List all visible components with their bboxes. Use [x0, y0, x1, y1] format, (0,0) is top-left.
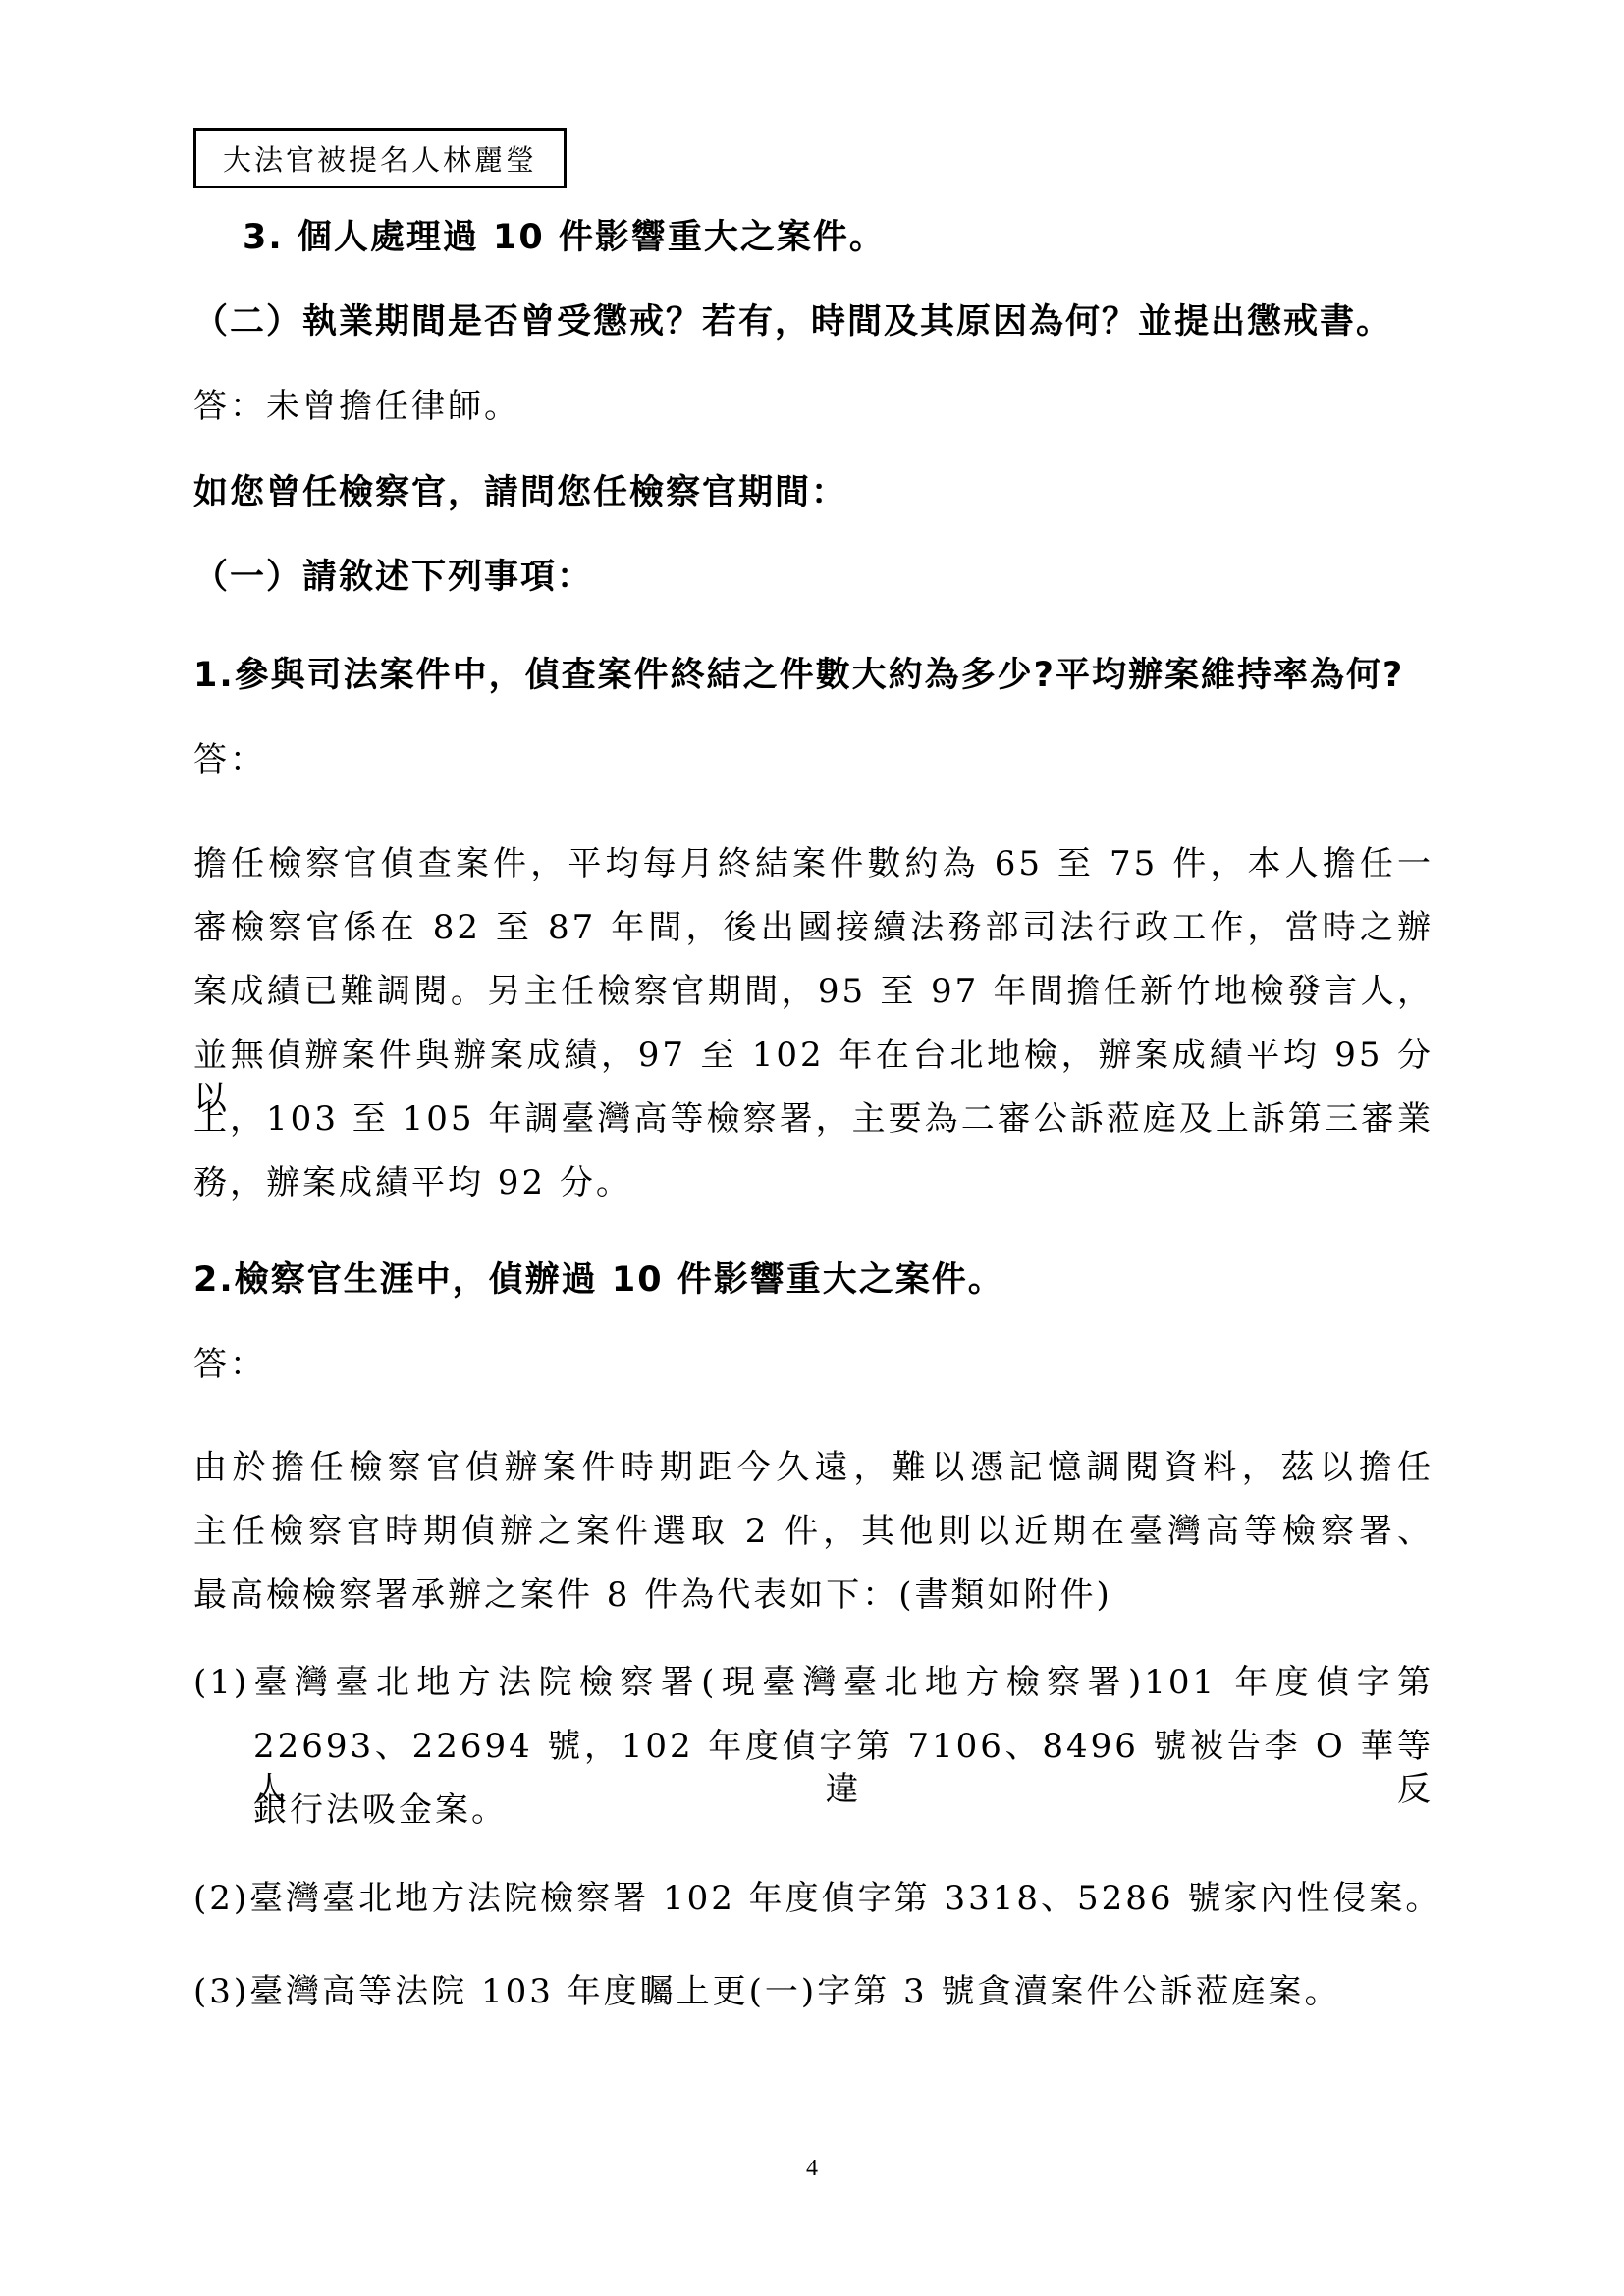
q1-heading: 1.參與司法案件中，偵查案件終結之件數大約為多少?平均辦案維持率為何? — [193, 654, 1404, 697]
q1-answer-line: 上，103 至 105 年調臺灣高等檢察署，主要為二審公訴蒞庭及上訴第三審業 — [193, 1097, 1434, 1141]
discipline-answer: 答：未曾擔任律師。 — [193, 385, 520, 428]
q1-answer-line: 擔任檢察官偵查案件，平均每月終結案件數約為 65 至 75 件，本人擔任一 — [193, 842, 1434, 885]
document-page: 大法官被提名人林麗瑩 3. 個人處理過 10 件影響重大之案件。 （二）執業期間… — [0, 0, 1624, 2296]
page-number: 4 — [0, 2156, 1624, 2182]
q1-answer-label: 答： — [193, 738, 266, 781]
q2-answer-line: 由於擔任檢察官偵辦案件時期距今久遠，難以憑記憶調閱資料，茲以擔任 — [193, 1446, 1434, 1489]
q2-answer-line: 主任檢察官時期偵辦之案件選取 2 件，其他則以近期在臺灣高等檢察署、 — [193, 1510, 1434, 1553]
discipline-heading: （二）執業期間是否曾受懲戒？若有，時間及其原因為何？並提出懲戒書。 — [193, 300, 1392, 344]
case-item-1-line: (1)臺灣臺北地方法院檢察署(現臺灣臺北地方檢察署)101 年度偵字第 — [193, 1661, 1434, 1704]
q2-heading: 2.檢察官生涯中，偵辦過 10 件影響重大之案件。 — [193, 1258, 1004, 1302]
q1-answer-line: 審檢察官係在 82 至 87 年間，後出國接續法務部司法行政工作，當時之辦 — [193, 906, 1434, 949]
q2-answer-line: 最高檢檢察署承辦之案件 8 件為代表如下：(書類如附件) — [193, 1574, 1112, 1617]
nominee-label: 大法官被提名人林麗瑩 — [223, 138, 537, 179]
case-item-2: (2)臺灣臺北地方法院檢察署 102 年度偵字第 3318、5286 號家內性侵… — [193, 1877, 1441, 1920]
subsection-heading: （一）請敘述下列事項： — [193, 556, 593, 599]
q2-answer-label: 答： — [193, 1343, 266, 1386]
item3-heading: 3. 個人處理過 10 件影響重大之案件。 — [243, 216, 886, 259]
prosecutor-intro: 如您曾任檢察官，請問您任檢察官期間： — [193, 471, 847, 514]
q1-answer-line: 案成績已難調閱。另主任檢察官期間，95 至 97 年間擔任新竹地檢發言人， — [193, 970, 1434, 1013]
case-item-3: (3)臺灣高等法院 103 年度矚上更(一)字第 3 號貪瀆案件公訴蒞庭案。 — [193, 1970, 1340, 2013]
case-item-1-line: 銀行法吸金案。 — [253, 1789, 508, 1832]
q1-answer-line: 務，辦案成績平均 92 分。 — [193, 1161, 632, 1204]
nominee-label-box: 大法官被提名人林麗瑩 — [193, 128, 567, 188]
